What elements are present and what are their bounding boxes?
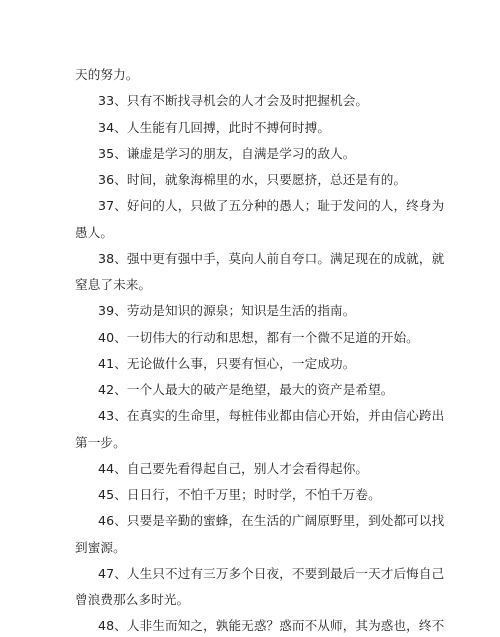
text-line: 愚人。 — [75, 220, 427, 246]
text-line: 35、谦虚是学习的朋友，自满是学习的敌人。 — [75, 141, 427, 167]
text-line: 41、无论做什么事，只要有恒心，一定成功。 — [75, 351, 427, 377]
document-page: 天的努力。 33、只有不断找寻机会的人才会及时把握机会。 34、人生能有几回搏，… — [0, 0, 500, 637]
text-line: 34、人生能有几回搏，此时不搏何时搏。 — [75, 115, 427, 141]
text-line: 44、自己要先看得起自己，别人才会看得起你。 — [75, 456, 427, 482]
text-line: 48、人非生而知之，孰能无惑？惑而不从师，其为惑也，终不 — [75, 613, 427, 637]
text-line: 曾浪费那么多时光。 — [75, 587, 427, 613]
text-line: 43、在真实的生命里，每桩伟业都由信心开始，并由信心跨出 — [75, 403, 427, 429]
text-line: 38、强中更有强中手，莫向人前自夸口。满足现在的成就，就 — [75, 246, 427, 272]
text-line: 46、只要是辛勤的蜜蜂，在生活的广阔原野里，到处都可以找 — [75, 508, 427, 534]
text-line: 45、日日行，不怕千万里；时时学，不怕千万卷。 — [75, 482, 427, 508]
text-line: 天的努力。 — [75, 62, 427, 88]
text-line: 37、好问的人，只做了五分种的愚人；耻于发问的人，终身为 — [75, 193, 427, 219]
text-line: 42、一个人最大的破产是绝望，最大的资产是希望。 — [75, 377, 427, 403]
document-body: 天的努力。 33、只有不断找寻机会的人才会及时把握机会。 34、人生能有几回搏，… — [75, 62, 427, 637]
text-line: 47、人生只不过有三万多个日夜，不要到最后一天才后悔自己 — [75, 561, 427, 587]
text-line: 窒息了未来。 — [75, 272, 427, 298]
text-line: 36、时间，就象海棉里的水，只要愿挤，总还是有的。 — [75, 167, 427, 193]
text-line: 到蜜源。 — [75, 535, 427, 561]
text-line: 第一步。 — [75, 430, 427, 456]
text-line: 40、一切伟大的行动和思想，都有一个微不足道的开始。 — [75, 325, 427, 351]
text-line: 39、劳动是知识的源泉；知识是生活的指南。 — [75, 298, 427, 324]
text-line: 33、只有不断找寻机会的人才会及时把握机会。 — [75, 88, 427, 114]
